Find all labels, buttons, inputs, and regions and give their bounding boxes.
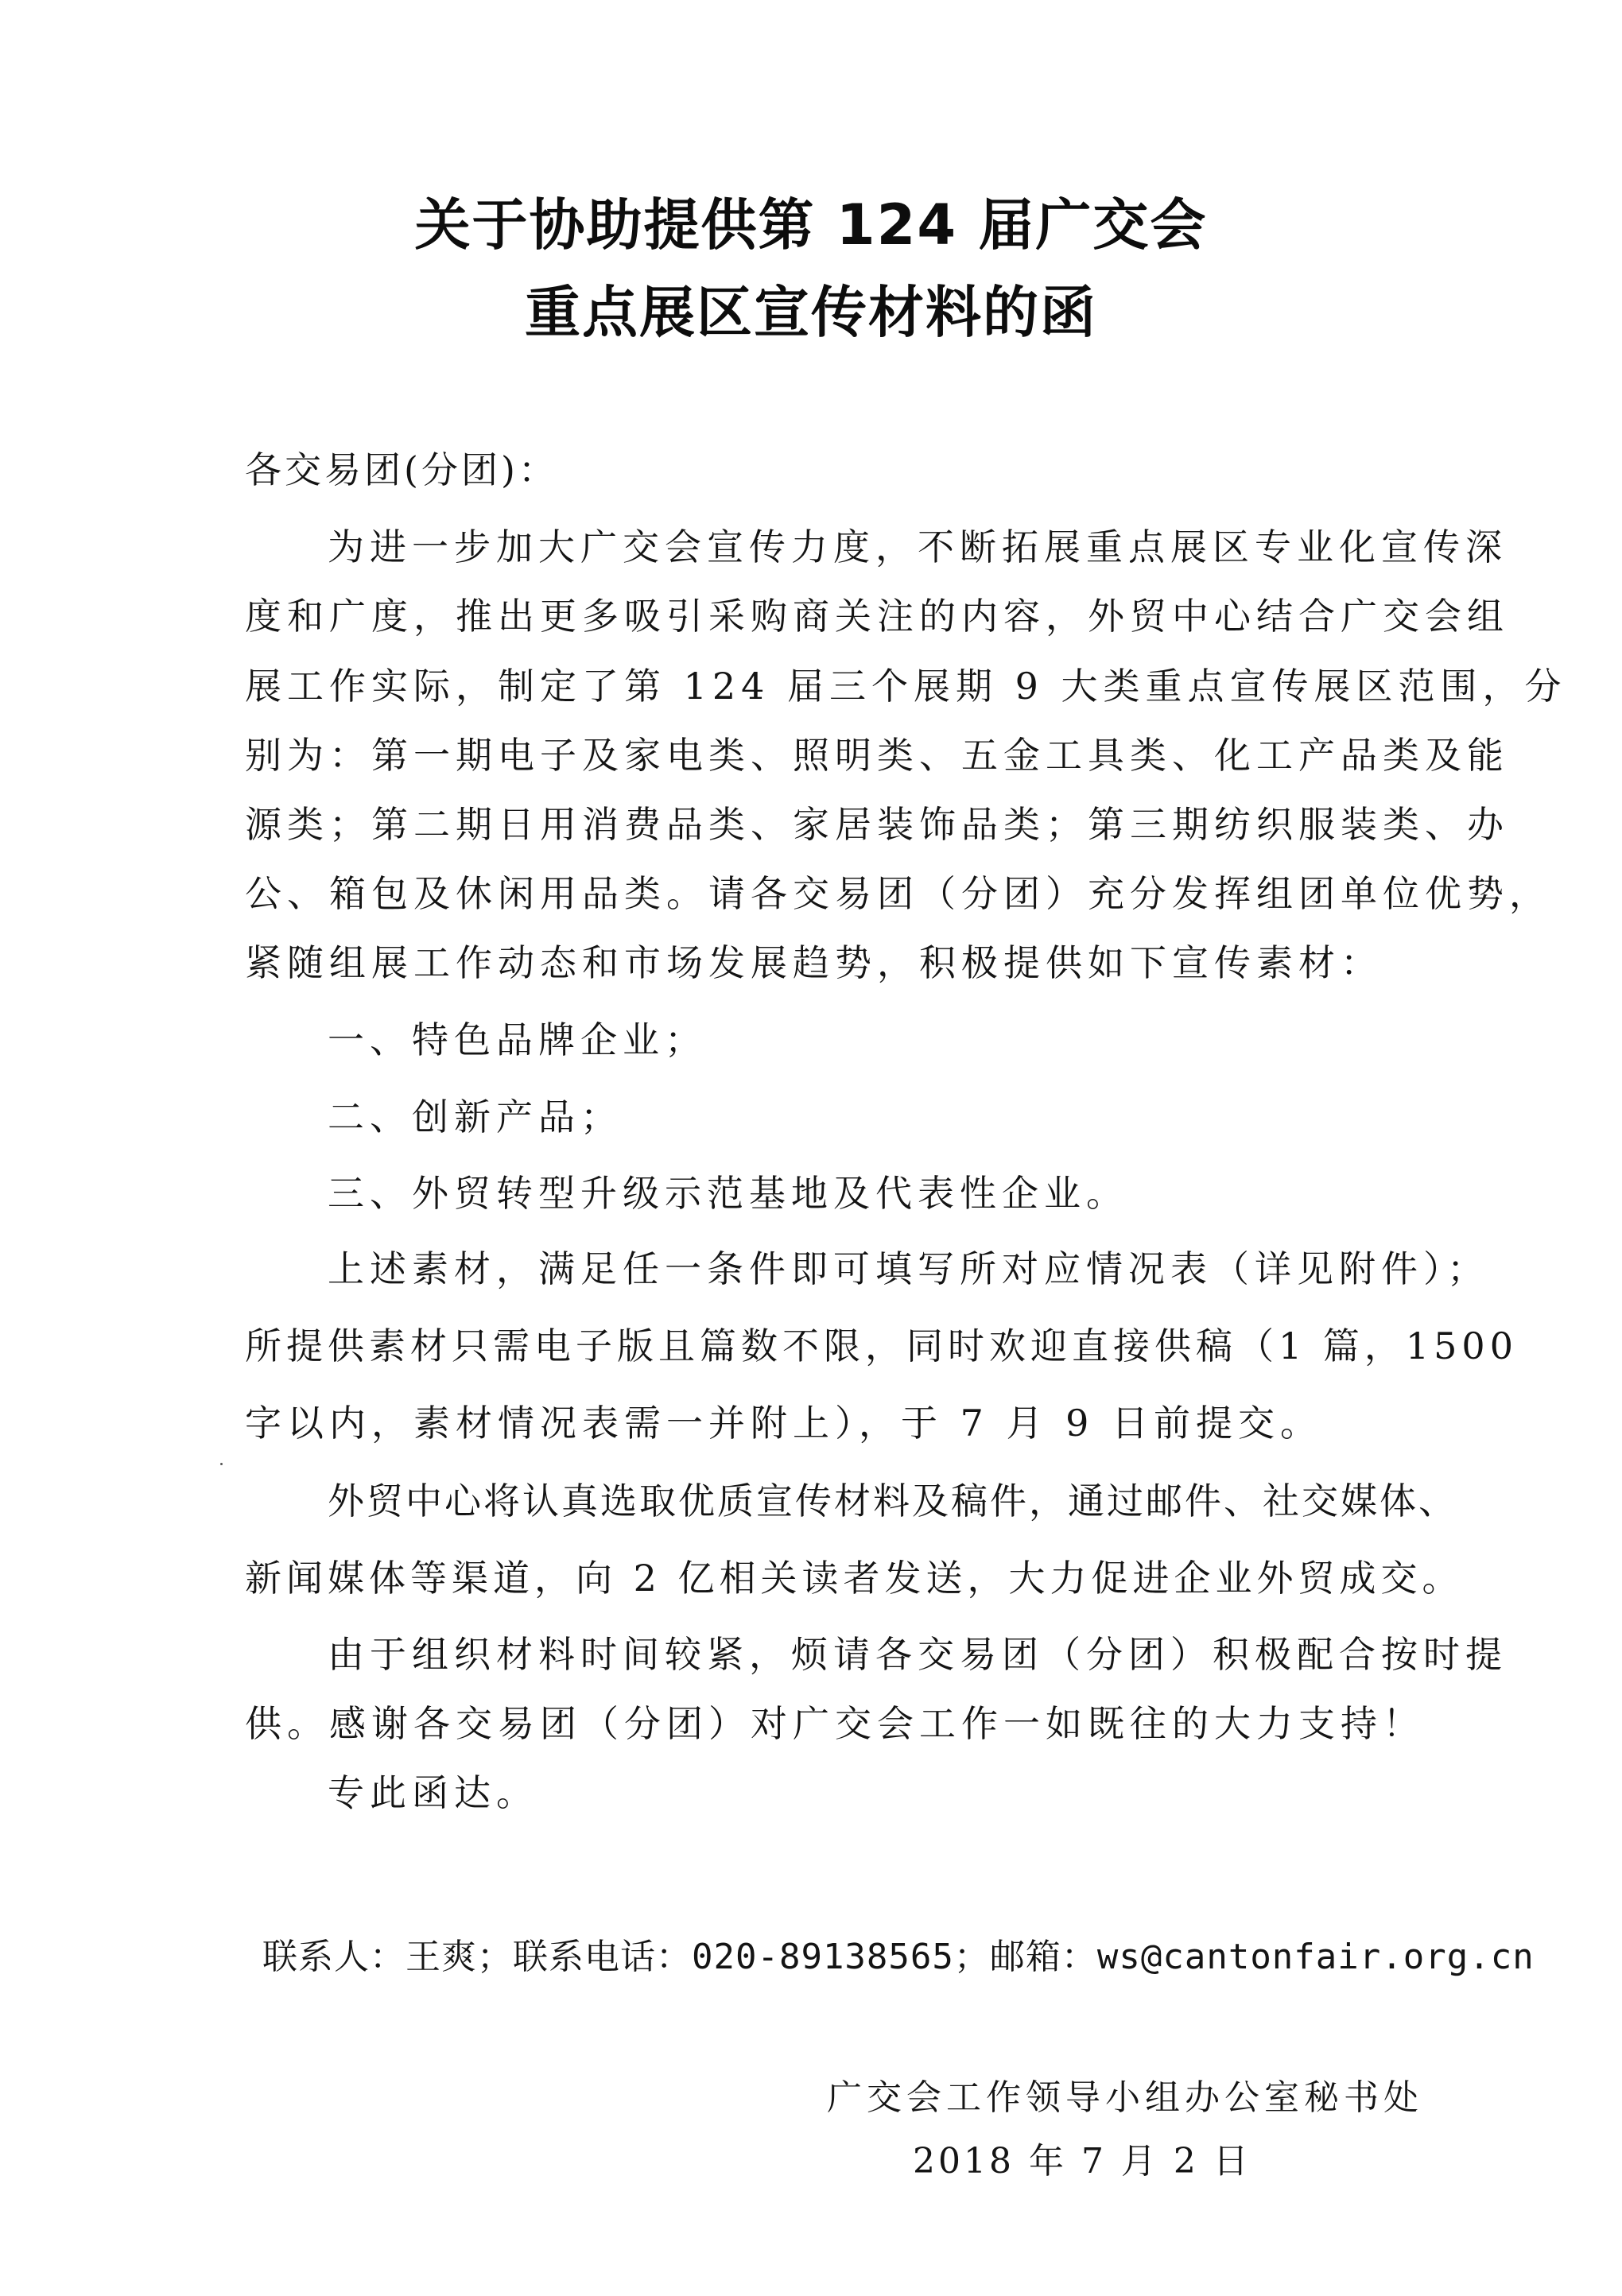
body-line: 为进一步加大广交会宣传力度，不断拓展重点展区专业化宣传深 xyxy=(328,529,1508,565)
issue-date: 2018 年 7 月 2 日 xyxy=(913,2144,1251,2179)
document-title-line-2: 重点展区宣传材料的函 xyxy=(0,285,1622,340)
list-item: 三、外贸转型升级示范基地及代表性企业。 xyxy=(328,1175,1128,1212)
body-line: 别为：第一期电子及家电类、照明类、五金工具类、化工产品类及能 xyxy=(245,737,1509,774)
body-line: 所提供素材只需电子版且篇数不限，同时欢迎直接供稿（1 篇，1500 xyxy=(245,1328,1518,1364)
letter-page: 关于协助提供第 124 届广交会 重点展区宣传材料的函 各交易团(分团)： 为进… xyxy=(0,0,1622,2296)
body-line: 上述素材，满足任一条件即可填写所对应情况表（详见附件）； xyxy=(328,1251,1489,1287)
body-line: 公、箱包及休闲用品类。请各交易团（分团）充分发挥组团单位优势， xyxy=(245,875,1551,912)
document-title-line-1: 关于协助提供第 124 届广交会 xyxy=(0,197,1622,253)
list-item: 一、特色品牌企业； xyxy=(328,1022,707,1058)
body-line: 紧随组展工作动态和市场发展趋势，积极提供如下宣传素材： xyxy=(245,944,1383,981)
issuing-office: 广交会工作领导小组办公室秘书处 xyxy=(827,2081,1423,2116)
body-line: 由于组织材料时间较紧，烦请各交易团（分团）积极配合按时提 xyxy=(328,1636,1508,1673)
body-line: 外贸中心将认真选取优质宣传材料及稿件，通过邮件、社交媒体、 xyxy=(328,1483,1457,1519)
body-line: 供。感谢各交易团（分团）对广交会工作一如既往的大力支持！ xyxy=(245,1705,1425,1742)
body-line: 源类；第二期日用消费品类、家居装饰品类；第三期纺织服装类、办 xyxy=(245,806,1509,843)
contact-info: 联系人：王爽；联系电话：020-89138565；邮箱：ws@cantonfai… xyxy=(262,1940,1535,1975)
list-item: 二、创新产品； xyxy=(328,1099,623,1135)
closing-phrase: 专此函达。 xyxy=(328,1774,538,1811)
body-line: 展工作实际，制定了第 124 届三个展期 9 大类重点宣传展区范围，分 xyxy=(245,668,1567,704)
body-line: 度和广度，推出更多吸引采购商关注的内容，外贸中心结合广交会组 xyxy=(245,598,1509,634)
scan-speck xyxy=(220,1463,223,1465)
body-line: 新闻媒体等渠道，向 2 亿相关读者发送，大力促进企业外贸成交。 xyxy=(245,1560,1464,1596)
body-line: 字以内，素材情况表需一并附上），于 7 月 9 日前提交。 xyxy=(245,1405,1322,1441)
salutation: 各交易团(分团)： xyxy=(245,452,558,488)
